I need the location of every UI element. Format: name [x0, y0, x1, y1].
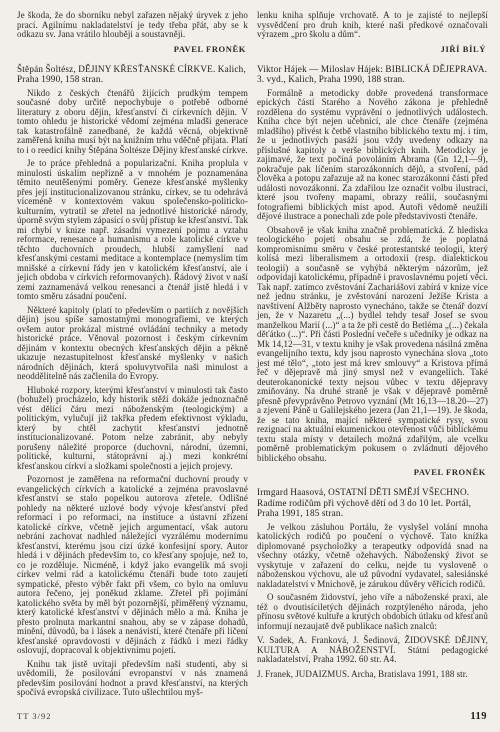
note-paragraph: O současném židovství, jeho víře a nábož… [257, 593, 488, 631]
two-column-layout: Je škoda, že do sborníku nebyl zařazen n… [17, 11, 487, 698]
review-paragraph: Je to práce přehledná a popularizační. K… [17, 159, 248, 302]
review-paragraph: Obsahově je však kniha značně problemati… [257, 226, 488, 464]
review-paragraph: Je velkou zásluhou Portálu, že vyslyšel … [257, 523, 488, 590]
book-review-heading-hajek: Viktor Hájek — Miloslav Hájek: BIBLICKÁ … [257, 64, 488, 85]
review-paragraph: Formálně a metodicky dobře provedená tra… [257, 89, 488, 222]
review-paragraph: Některé kapitoly (platí to především o p… [17, 306, 248, 382]
review-paragraph: Pozornost je zaměřena na reformační duch… [17, 475, 248, 656]
review-paragraph: Hluboké rozpory, kterými křesťanství v m… [17, 386, 248, 472]
review-author-byline: PAVEL FRONĚK [17, 44, 246, 54]
right-column: lenku kniha splňuje vrchovatě. A to je z… [257, 11, 488, 698]
review-author-byline: JIŘÍ BÍLÝ [257, 44, 486, 54]
page-footer: TT 3/92 119 [17, 711, 487, 722]
review-tail-text: lenku kniha splňuje vrchovatě. A to je z… [257, 11, 488, 40]
review-paragraph: Knihu tak jistě uvítají především naši s… [17, 660, 248, 698]
page-number: 119 [470, 711, 487, 722]
left-column: Je škoda, že do sborníku nebyl zařazen n… [17, 11, 248, 698]
journal-issue-label: TT 3/92 [17, 711, 51, 721]
review-author-byline: PAVEL FRONĚK [257, 467, 486, 477]
review-paragraph: Nikdo z českých čtenářů žijících prudkým… [17, 89, 248, 156]
book-review-heading-soltesz: Štěpán Šoltész, DĚJINY KŘESŤANSKÉ CÍRKVE… [17, 64, 248, 85]
book-review-heading-haasova: Irmgard Haasová, OSTATNÍ DĚTI SMĚJÍ VŠEC… [257, 487, 488, 519]
reference-entry: V. Sadek, A. Franková, J. Šedinová, ŽIDO… [257, 636, 488, 665]
scanned-journal-page: Je škoda, že do sborníku nebyl zařazen n… [0, 0, 500, 732]
reference-entry: J. Franek, JUDAIZMUS. Archa, Bratislava … [257, 670, 488, 680]
previous-review-tail-text: Je škoda, že do sborníku nebyl zařazen n… [17, 11, 248, 40]
